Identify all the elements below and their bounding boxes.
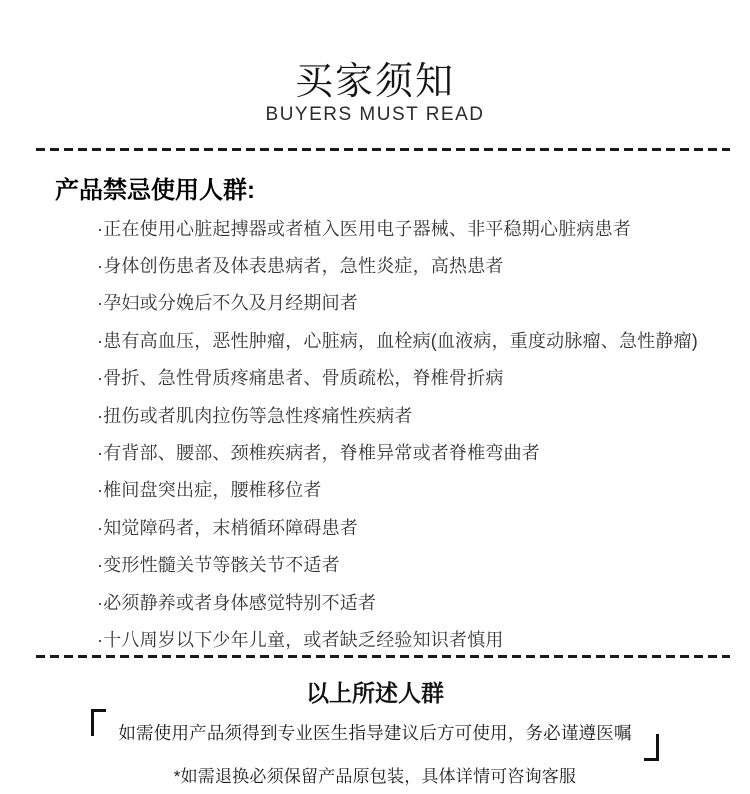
list-item: ·孕妇或分娩后不久及月经期间者 — [97, 284, 730, 321]
corner-bracket-right-icon — [644, 734, 659, 761]
page-subtitle: BUYERS MUST READ — [0, 104, 750, 126]
list-item: ·骨折、急性骨质疼痛患者、骨质疏松，脊椎骨折病 — [97, 359, 730, 396]
section-heading: 产品禁忌使用人群: — [55, 170, 255, 205]
summary-title: 以上所述人群 — [0, 675, 750, 708]
divider-dashed-bottom — [36, 655, 730, 658]
divider-dashed-top — [36, 148, 730, 151]
advice-text: 如需使用产品须得到专业医生指导建议后方可使用，务必谨遵医嘱 — [118, 720, 631, 745]
advice-row: 如需使用产品须得到专业医生指导建议后方可使用，务必谨遵医嘱 — [0, 711, 750, 753]
list-item: ·椎间盘突出症，腰椎移位者 — [97, 471, 730, 508]
list-item: ·身体创伤患者及体表患病者，急性炎症，高热患者 — [97, 246, 730, 283]
corner-bracket-left-icon — [91, 709, 106, 736]
buyer-notice-page: 买家须知 BUYERS MUST READ 产品禁忌使用人群: ·正在使用心脏起… — [0, 0, 750, 794]
list-item: ·正在使用心脏起搏器或者植入医用电子器械、非平稳期心脏病患者 — [97, 209, 730, 246]
list-item: ·变形性髓关节等骸关节不适者 — [97, 546, 730, 583]
return-policy-note: *如需退换必须保留产品原包装，具体详情可咨询客服 — [0, 762, 750, 787]
list-item: ·扭伤或者肌肉拉伤等急性疼痛性疾病者 — [97, 396, 730, 433]
list-item: ·必须静养或者身体感觉特别不适者 — [97, 583, 730, 620]
list-item: ·有背部、腰部、颈椎疾病者，脊椎异常或者脊椎弯曲者 — [97, 433, 730, 470]
list-item: ·患有高血压，恶性肿瘤，心脏病，血栓病(血液病，重度动脉瘤、急性静瘤) — [97, 321, 730, 358]
page-title: 买家须知 — [0, 50, 750, 105]
list-item: ·知觉障码者，末梢循环障碍患者 — [97, 508, 730, 545]
forbidden-user-list: ·正在使用心脏起搏器或者植入医用电子器械、非平稳期心脏病患者 ·身体创伤患者及体… — [97, 209, 730, 658]
list-item: ·十八周岁以下少年儿童，或者缺乏经验知识者慎用 — [97, 620, 730, 657]
